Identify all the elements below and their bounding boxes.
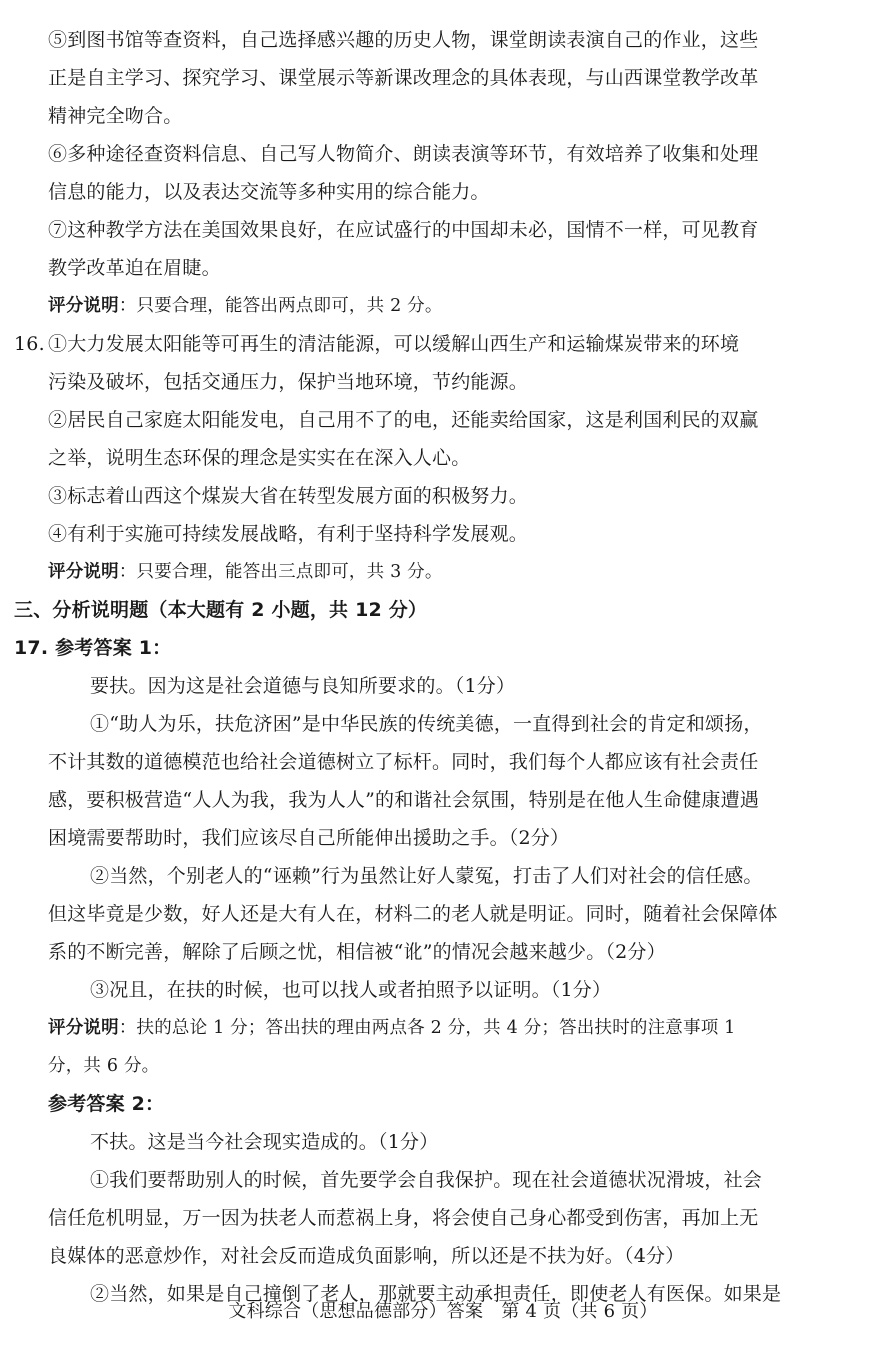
item-6-line-2: 信息的能力，以及表达交流等多种实用的综合能力。 — [48, 180, 490, 204]
item-5-line-2: 正是自主学习、探究学习、课堂展示等新课改理念的具体表现，与山西课堂教学改革 — [48, 66, 758, 90]
q16-line-3: ②居民自己家庭太阳能发电，自己用不了的电，还能卖给国家，这是利国利民的双赢 — [48, 408, 758, 432]
scoring-note-15: 评分说明：只要合理，能答出两点即可，共 2 分。 — [48, 294, 443, 318]
section-3-heading: 三、分析说明题（本大题有 2 小题，共 12 分） — [14, 598, 427, 622]
q17-a1-line-6: ②当然，个别老人的“诬赖”行为虽然让好人蒙冤，打击了人们对社会的信任感。 — [90, 864, 763, 888]
q17-a1-line-3: 不计其数的道德模范也给社会道德树立了标杆。同时，我们每个人都应该有社会责任 — [48, 750, 758, 774]
q16-line-2: 污染及破坏，包括交通压力，保护当地环境，节约能源。 — [48, 370, 528, 394]
q16-line-5: ③标志着山西这个煤炭大省在转型发展方面的积极努力。 — [48, 484, 528, 508]
q17-a1-line-4: 感，要积极营造“人人为我，我为人人”的和谐社会氛围，特别是在他人生命健康遭遇 — [48, 788, 759, 812]
scoring-note-label: 评分说明 — [48, 562, 119, 582]
scoring-note-label: 评分说明 — [48, 296, 119, 316]
scoring-note-text: ：只要合理，能答出两点即可，共 2 分。 — [119, 296, 443, 316]
q17-a1-line-5: 困境需要帮助时，我们应该尽自己所能伸出援助之手。（2分） — [48, 826, 569, 850]
q17-a1-line-7: 但这毕竟是少数，好人还是大有人在，材料二的老人就是明证。同时，随着社会保障体 — [48, 902, 778, 926]
item-7-line-2: 教学改革迫在眉睫。 — [48, 256, 221, 280]
answer-key-page: ⑤到图书馆等查资料，自己选择感兴趣的历史人物，课堂朗读表演自己的作业，这些 正是… — [0, 0, 886, 1369]
item-6-line-1: ⑥多种途径查资料信息、自己写人物简介、朗读表演等环节，有效培养了收集和处理 — [48, 142, 758, 166]
q17-a1-line-9: ③况且，在扶的时候，也可以找人或者拍照予以证明。（1分） — [90, 978, 611, 1002]
scoring-note-text: ：扶的总论 1 分；答出扶的理由两点各 2 分，共 4 分；答出扶时的注意事项 … — [119, 1018, 736, 1038]
q17-a2-line-4: 良媒体的恶意炒作，对社会反而造成负面影响，所以还是不扶为好。（4分） — [48, 1244, 684, 1268]
q16-line-6: ④有利于实施可持续发展战略，有利于坚持科学发展观。 — [48, 522, 528, 546]
scoring-note-17: 评分说明：扶的总论 1 分；答出扶的理由两点各 2 分，共 4 分；答出扶时的注… — [48, 1016, 736, 1040]
item-5-line-3: 精神完全吻合。 — [48, 104, 182, 128]
question-16-number: 16. — [14, 332, 45, 356]
q17-a1-line-8: 系的不断完善，解除了后顾之忧，相信被“讹”的情况会越来越少。（2分） — [48, 940, 666, 964]
q16-line-1: ①大力发展太阳能等可再生的清洁能源，可以缓解山西生产和运输煤炭带来的环境 — [48, 332, 739, 356]
footer-text: 文科综合（思想品德部分）答案 第 4 页（共 6 页） — [228, 1301, 657, 1322]
page-footer: 文科综合（思想品德部分）答案 第 4 页（共 6 页） — [0, 1300, 886, 1324]
question-17-number: 17. — [14, 637, 48, 659]
q17-a2-line-3: 信任危机明显，万一因为扶老人而惹祸上身，将会使自己身心都受到伤害，再加上无 — [48, 1206, 758, 1230]
scoring-note-text: ：只要合理，能答出三点即可，共 3 分。 — [119, 562, 443, 582]
q17-a1-line-2: ①“助人为乐，扶危济困”是中华民族的传统美德，一直得到社会的肯定和颂扬， — [90, 712, 763, 736]
q17-a2-line-2: ①我们要帮助别人的时候，首先要学会自我保护。现在社会道德状况滑坡，社会 — [90, 1168, 762, 1192]
item-5-line-1: ⑤到图书馆等查资料，自己选择感兴趣的历史人物，课堂朗读表演自己的作业，这些 — [48, 28, 758, 52]
answer-1-label: 参考答案 1： — [55, 637, 171, 659]
q17-a1-line-1: 要扶。因为这是社会道德与良知所要求的。（1分） — [90, 674, 515, 698]
question-17-header: 17. 参考答案 1： — [14, 636, 171, 660]
q16-line-4: 之举，说明生态环保的理念是实实在在深入人心。 — [48, 446, 470, 470]
scoring-note-17-cont: 分，共 6 分。 — [48, 1054, 159, 1078]
q17-a2-line-1: 不扶。这是当今社会现实造成的。（1分） — [90, 1130, 438, 1154]
item-7-line-1: ⑦这种教学方法在美国效果良好，在应试盛行的中国却未必，国情不一样，可见教育 — [48, 218, 758, 242]
scoring-note-16: 评分说明：只要合理，能答出三点即可，共 3 分。 — [48, 560, 443, 584]
scoring-note-label: 评分说明 — [48, 1018, 119, 1038]
answer-2-label: 参考答案 2： — [48, 1092, 164, 1116]
